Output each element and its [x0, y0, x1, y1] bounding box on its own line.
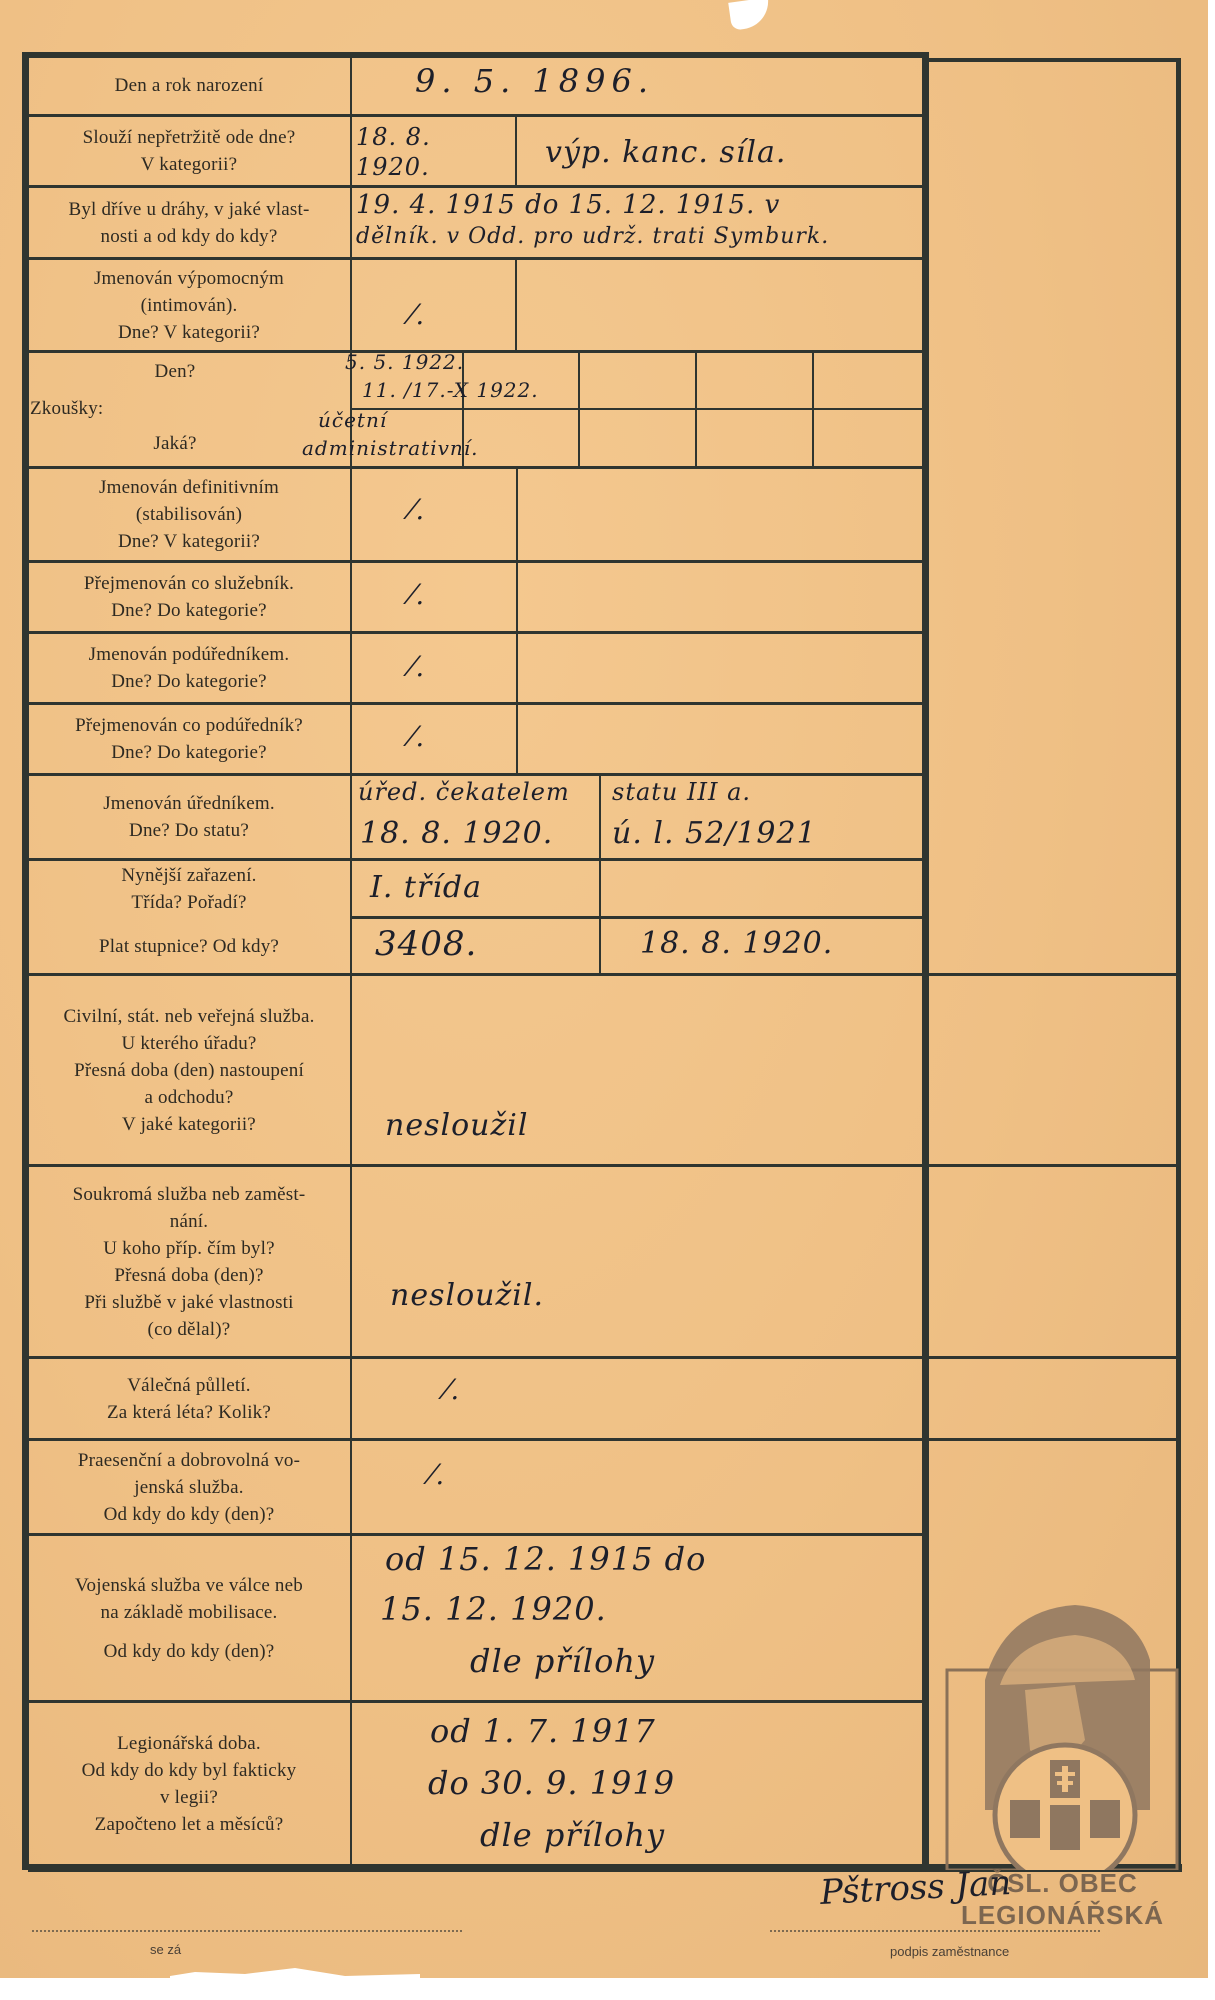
label-text: (co dělal)? [148, 1316, 231, 1343]
right-box-border [1176, 58, 1181, 1870]
label-text: Praesenční a dobrovolná vo- [78, 1447, 300, 1474]
entry-railway-line1: 19. 4. 1915 do 15. 12. 1915. v [356, 190, 780, 220]
signature-line-right [770, 1930, 1100, 1932]
label-text: Za která léta? Kolik? [107, 1399, 271, 1426]
entry-birth-date: 9. 5. 1896. [415, 62, 654, 100]
label-text: Zkoušky: [30, 395, 103, 422]
entry-presence-service: ⁄. [430, 1460, 445, 1491]
label-text: (stabilisován) [136, 501, 242, 528]
entry-legion-3: dle přílohy [480, 1816, 665, 1854]
label-continuous-service: Slouží nepřetržitě ode dne? V kategorii? [30, 117, 348, 185]
label-text: Přesná doba (den) nastoupení [74, 1057, 304, 1084]
entry-servant: ⁄. [410, 580, 425, 611]
entry-exam-type-2: administrativní. [302, 436, 479, 460]
label-war-military-service: Vojenská služba ve válce neb na základě … [30, 1536, 348, 1700]
label-war-half-years: Válečná půlletí. Za která léta? Kolik? [30, 1359, 348, 1438]
entry-sub-officer: ⁄. [410, 652, 425, 683]
exam-grid-divider [578, 352, 580, 467]
label-appointed-officer: Jmenován úředníkem. Dne? Do statu? [30, 776, 348, 858]
label-text: Plat stupnice? Od kdy? [99, 933, 279, 960]
label-text: Dne? Do kategorie? [111, 668, 267, 695]
entry-war-service-2: 15. 12. 1920. [380, 1590, 607, 1628]
label-text: Den? [155, 358, 196, 385]
label-text: Přejmenován co služebník. [84, 570, 294, 597]
label-text: Přesná doba (den)? [114, 1262, 263, 1289]
label-text: V jaké kategorii? [122, 1111, 256, 1138]
label-text: Třída? Pořadí? [131, 889, 246, 916]
sub-divider [516, 468, 518, 774]
label-text: Legionářská doba. [117, 1730, 261, 1757]
label-text: Dne? V kategorii? [118, 528, 260, 555]
exam-grid-divider [812, 352, 814, 467]
label-text: U koho příp. čím byl? [103, 1235, 274, 1262]
legionnaire-emblem-icon [945, 1600, 1180, 1870]
entry-war-service-1: od 15. 12. 1915 do [385, 1540, 706, 1578]
label-railway-before: Byl dříve u dráhy, v jaké vlast- nosti a… [30, 188, 348, 257]
entry-current-class: I. třída [370, 870, 482, 905]
label-text: Den a rok narození [115, 72, 264, 99]
label-text: jenská služba. [134, 1474, 243, 1501]
label-text: Dne? Do kategorie? [111, 597, 267, 624]
label-text: nání. [170, 1208, 208, 1235]
label-text: Byl dříve u dráhy, v jaké vlast- [68, 196, 309, 223]
exam-grid-divider [695, 352, 697, 467]
label-appointed-definitive: Jmenován definitivním (stabilisován) Dne… [30, 469, 348, 560]
label-text: U kterého úřadu? [121, 1030, 256, 1057]
label-text: Od kdy do kdy (den)? [104, 1501, 275, 1528]
label-text: Přejmenován co podúředník? [75, 712, 303, 739]
sub-divider [515, 259, 517, 351]
sub-divider [599, 775, 601, 973]
entry-officer-date: 18. 8. 1920. [360, 816, 553, 851]
table-main-right-border [922, 52, 929, 1870]
label-exams: Zkoušky: [30, 393, 140, 423]
caption-employee-signature: podpis zaměstnance [890, 1944, 1009, 1959]
entry-legion-2: do 30. 9. 1919 [428, 1764, 675, 1802]
label-text: Jmenován definitivním [99, 474, 279, 501]
entry-officer-status-2: ú. l. 52/1921 [612, 816, 817, 851]
label-appointed-sub-officer: Jmenován podúředníkem. Dne? Do kategorie… [30, 634, 348, 702]
row-line [28, 350, 924, 353]
label-current-classification: Nynější zařazení. Třída? Pořadí? [30, 858, 348, 920]
label-text: Civilní, stát. neb veřejná služba. [63, 1003, 314, 1030]
label-text: Dne? Do statu? [129, 817, 249, 844]
entry-war-service-3: dle přílohy [470, 1642, 655, 1680]
entry-railway-line2: dělník. v Odd. pro udrž. trati Symburk. [356, 224, 829, 249]
label-text: Soukromá služba neb zaměst- [73, 1181, 306, 1208]
label-civil-service: Civilní, stát. neb veřejná služba. U kte… [30, 976, 348, 1164]
sub-divider [515, 116, 517, 186]
label-text: Jmenován úředníkem. [103, 790, 275, 817]
entry-service-category: výp. kanc. síla. [545, 135, 786, 170]
label-exam-day: Den? [120, 356, 230, 386]
entry-officer-status-1: statu III a. [612, 778, 751, 806]
label-text: Jmenován podúředníkem. [89, 641, 290, 668]
label-renamed-sub-officer: Přejmenován co podúředník? Dne? Do kateg… [30, 705, 348, 773]
label-text: Jaká? [153, 430, 196, 457]
label-text: Od kdy do kdy byl fakticky [82, 1757, 297, 1784]
label-text: Vojenská služba ve válce neb [75, 1572, 303, 1599]
entry-war-half-years: ⁄. [445, 1375, 460, 1406]
entry-salary-date: 18. 8. 1920. [640, 926, 833, 961]
label-legion-period: Legionářská doba. Od kdy do kdy byl fakt… [30, 1703, 348, 1865]
table-left-border [22, 52, 29, 1870]
entry-legion-1: od 1. 7. 1917 [430, 1712, 656, 1750]
row-line [352, 916, 924, 919]
label-column-divider [350, 56, 352, 1868]
label-text: v legii? [160, 1784, 218, 1811]
entry-exam-day-1: 5. 5. 1922. [345, 350, 464, 374]
label-text: Jmenován výpomocným [94, 265, 284, 292]
entry-service-date: 18. 8. 1920. [356, 122, 506, 182]
entry-exam-day-2: 11. /17.-X 1922. [362, 378, 539, 402]
label-private-service: Soukromá služba neb zaměst- nání. U koho… [30, 1167, 348, 1356]
label-renamed-servant: Přejmenován co služebník. Dne? Do katego… [30, 563, 348, 631]
label-salary-scale: Plat stupnice? Od kdy? [30, 920, 348, 972]
label-exam-type: Jaká? [120, 428, 230, 458]
label-text: Slouží nepřetržitě ode dne? [83, 124, 296, 151]
label-text: nosti a od kdy do kdy? [101, 223, 278, 250]
entry-officer-title: úřed. čekatelem [358, 778, 570, 806]
label-appointed-auxiliary: Jmenován výpomocným (intimován). Dne? V … [30, 260, 348, 350]
entry-private-service: nesloužil. [390, 1278, 544, 1313]
label-text: V kategorii? [141, 151, 238, 178]
label-text: Od kdy do kdy (den)? [104, 1638, 275, 1665]
entry-exam-type-1: účetní [318, 408, 387, 432]
row-line [352, 408, 924, 410]
label-text: a odchodu? [144, 1084, 233, 1111]
label-text: Započteno let a měsíců? [95, 1811, 284, 1838]
entry-salary-amount: 3408. [375, 924, 477, 964]
label-text: Dne? V kategorii? [118, 319, 260, 346]
signature-line-left [32, 1930, 462, 1932]
entry-auxiliary: ⁄. [410, 300, 425, 331]
label-text: (intimován). [141, 292, 238, 319]
label-text: Při službě v jaké vlastnosti [84, 1289, 293, 1316]
label-text: Nynější zařazení. [121, 862, 256, 889]
right-box-top [928, 58, 1178, 62]
entry-civil-service: nesloužil [385, 1108, 528, 1143]
label-text: na základě mobilisace. [101, 1599, 278, 1626]
label-text: Dne? Do kategorie? [111, 739, 267, 766]
entry-renamed-sub-officer: ⁄. [410, 722, 425, 753]
label-birth-date: Den a rok narození [30, 56, 348, 114]
entry-definitive: ⁄. [410, 495, 425, 526]
caption-left: se zá [150, 1942, 181, 1957]
label-presence-military-service: Praesenční a dobrovolná vo- jenská služb… [30, 1441, 348, 1533]
label-text: Válečná půlletí. [127, 1372, 250, 1399]
